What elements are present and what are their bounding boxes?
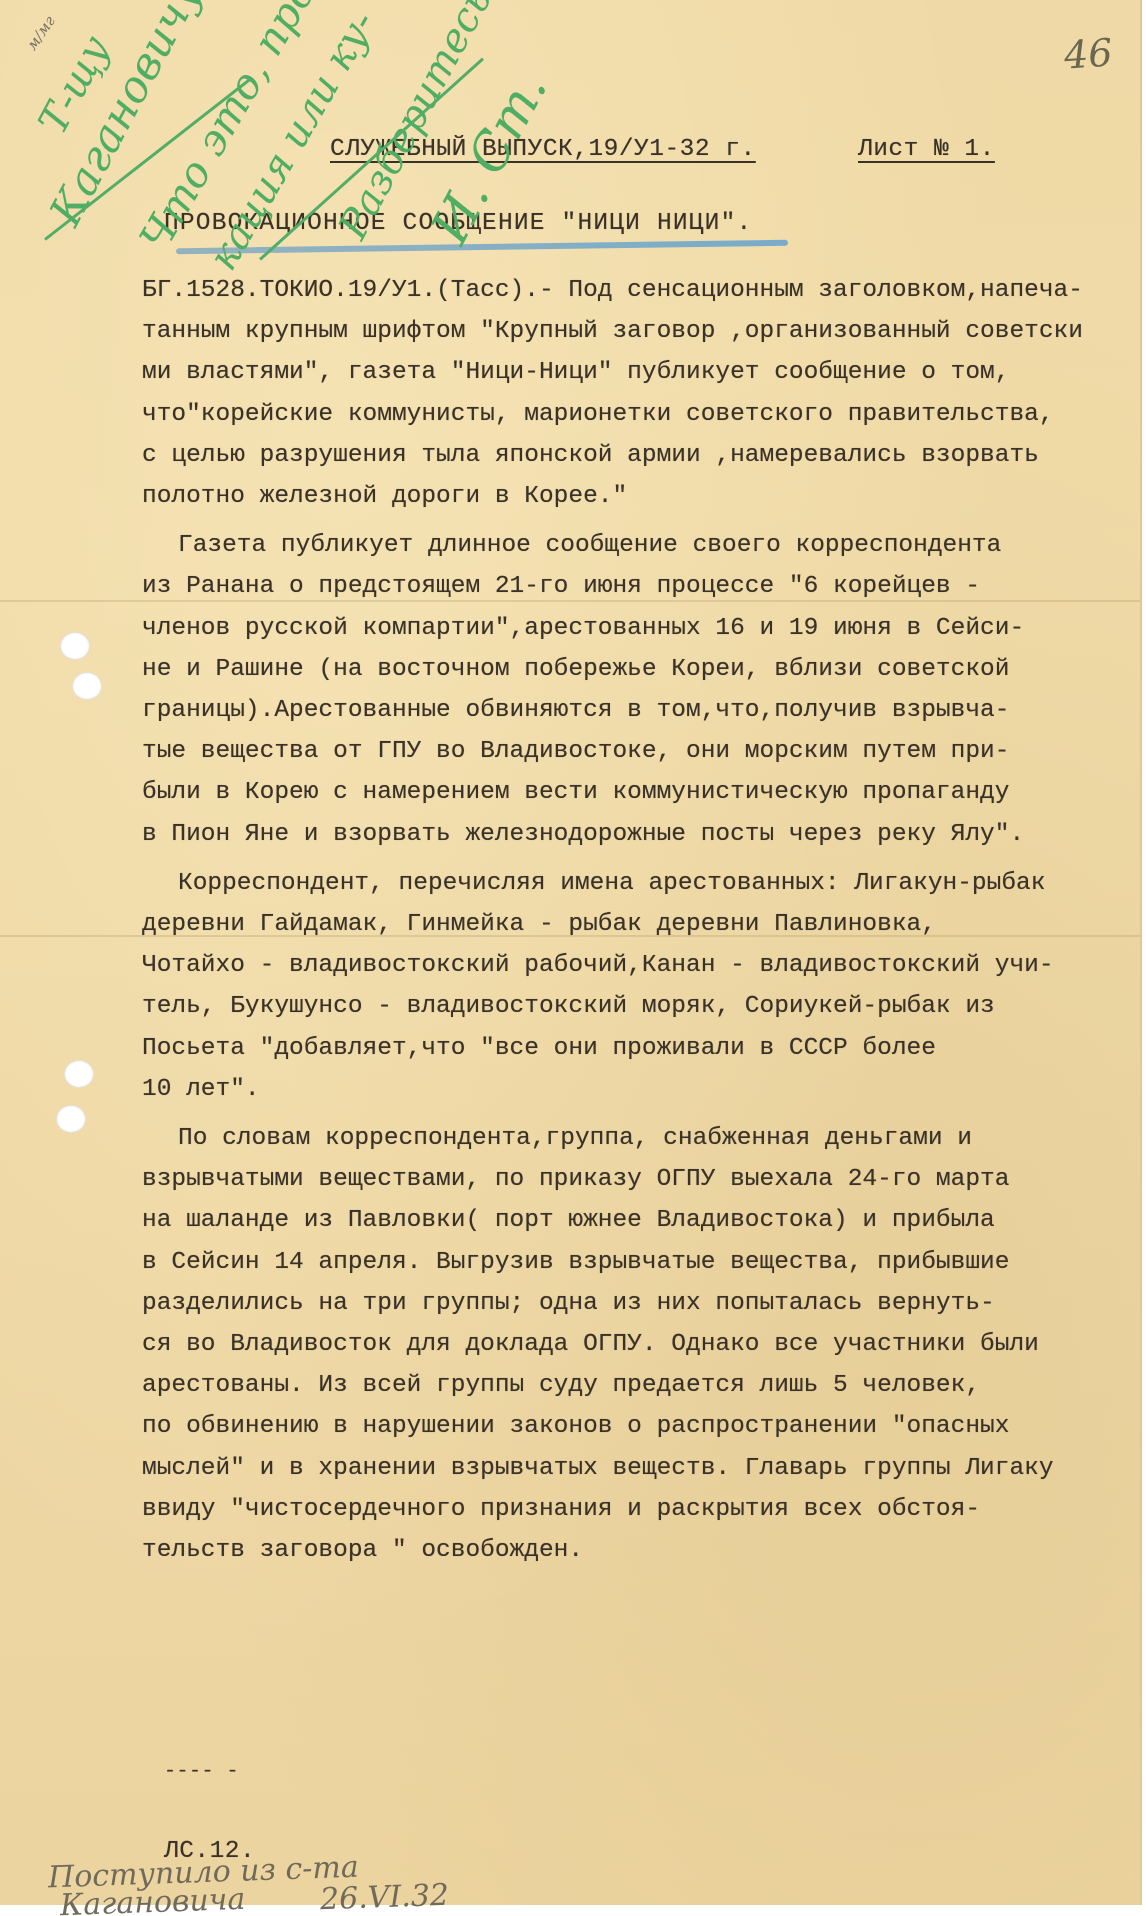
body-line: тые вещества от ГПУ во Владивостоке, они…	[142, 731, 1132, 772]
corner-mark: м/мг	[23, 12, 59, 53]
body-line: ся во Владивосток для доклада ОГПУ. Одна…	[142, 1324, 1132, 1365]
body-line: членов русской компартии",арестованных 1…	[142, 608, 1132, 649]
document-body: БГ.1528.ТОКИО.19/У1.(Тасс).- Под сенсаци…	[142, 270, 1132, 1571]
punch-hole	[72, 672, 102, 700]
page-number: 46	[1063, 30, 1114, 77]
body-line: танным крупным шрифтом "Крупный заговор …	[142, 311, 1132, 352]
body-line: Газета публикует длинное сообщение своег…	[142, 525, 1132, 566]
body-line: Посьета "добавляет,что "все они проживал…	[142, 1028, 1132, 1069]
body-line: были в Корею с намерением вести коммунис…	[142, 772, 1132, 813]
closing-dashes: ---- -	[164, 1760, 239, 1783]
body-line: в Сейсин 14 апреля. Выгрузив взрывчатые …	[142, 1242, 1132, 1283]
body-line: 10 лет".	[142, 1069, 1132, 1110]
punch-hole	[60, 632, 90, 660]
pencil-note-line: Кагановича	[59, 1882, 245, 1916]
body-line: деревни Гайдамак, Гинмейка - рыбак дерев…	[142, 904, 1132, 945]
body-line: арестованы. Из всей группы суду предаетс…	[142, 1365, 1132, 1406]
body-line: не и Рашине (на восточном побережье Коре…	[142, 649, 1132, 690]
body-line: взрывчатыми веществами, по приказу ОГПУ …	[142, 1159, 1132, 1200]
paragraph-gap	[142, 517, 1132, 525]
body-line: Чотайхо - владивостокский рабочий,Канан …	[142, 945, 1132, 986]
body-line: на шаланде из Павловки( порт южнее Влади…	[142, 1200, 1132, 1241]
body-line: границы).Арестованные обвиняются в том,ч…	[142, 690, 1132, 731]
body-line: ми властями", газета "Ници-Ници" публику…	[142, 352, 1132, 393]
body-line: БГ.1528.ТОКИО.19/У1.(Тасс).- Под сенсаци…	[142, 270, 1132, 311]
body-line: мыслей" и в хранении взрывчатых веществ.…	[142, 1448, 1132, 1489]
paragraph-gap	[142, 1110, 1132, 1118]
body-line: по обвинению в нарушении законов о распр…	[142, 1406, 1132, 1447]
body-line: полотно железной дороги в Корее."	[142, 476, 1132, 517]
punch-hole	[56, 1105, 86, 1133]
body-line: тельств заговора " освобожден.	[142, 1530, 1132, 1571]
body-line: разделились на три группы; одна из них п…	[142, 1283, 1132, 1324]
body-line: Корреспондент, перечисляя имена арестова…	[142, 863, 1132, 904]
document-page: м/мг 46 СЛУЖЕБНЫЙ ВЫПУСК,19/У1-32 г. Лис…	[0, 0, 1142, 1905]
pencil-note-date: 26.VI.32	[319, 1878, 449, 1916]
body-line: в Пион Яне и взорвать железнодорожные по…	[142, 814, 1132, 855]
body-line: По словам корреспондента,группа, снабжен…	[142, 1118, 1132, 1159]
sheet-number: Лист № 1.	[858, 136, 995, 163]
punch-hole	[64, 1060, 94, 1088]
body-line: с целью разрушения тыла японской армии ,…	[142, 435, 1132, 476]
body-line: что"корейские коммунисты, марионетки сов…	[142, 394, 1132, 435]
body-line: ввиду "чистосердечного признания и раскр…	[142, 1489, 1132, 1530]
paragraph-gap	[142, 855, 1132, 863]
body-line: тель, Букушунсо - владивостокский моряк,…	[142, 986, 1132, 1027]
body-line: из Ранана о предстоящем 21-го июня проце…	[142, 566, 1132, 607]
